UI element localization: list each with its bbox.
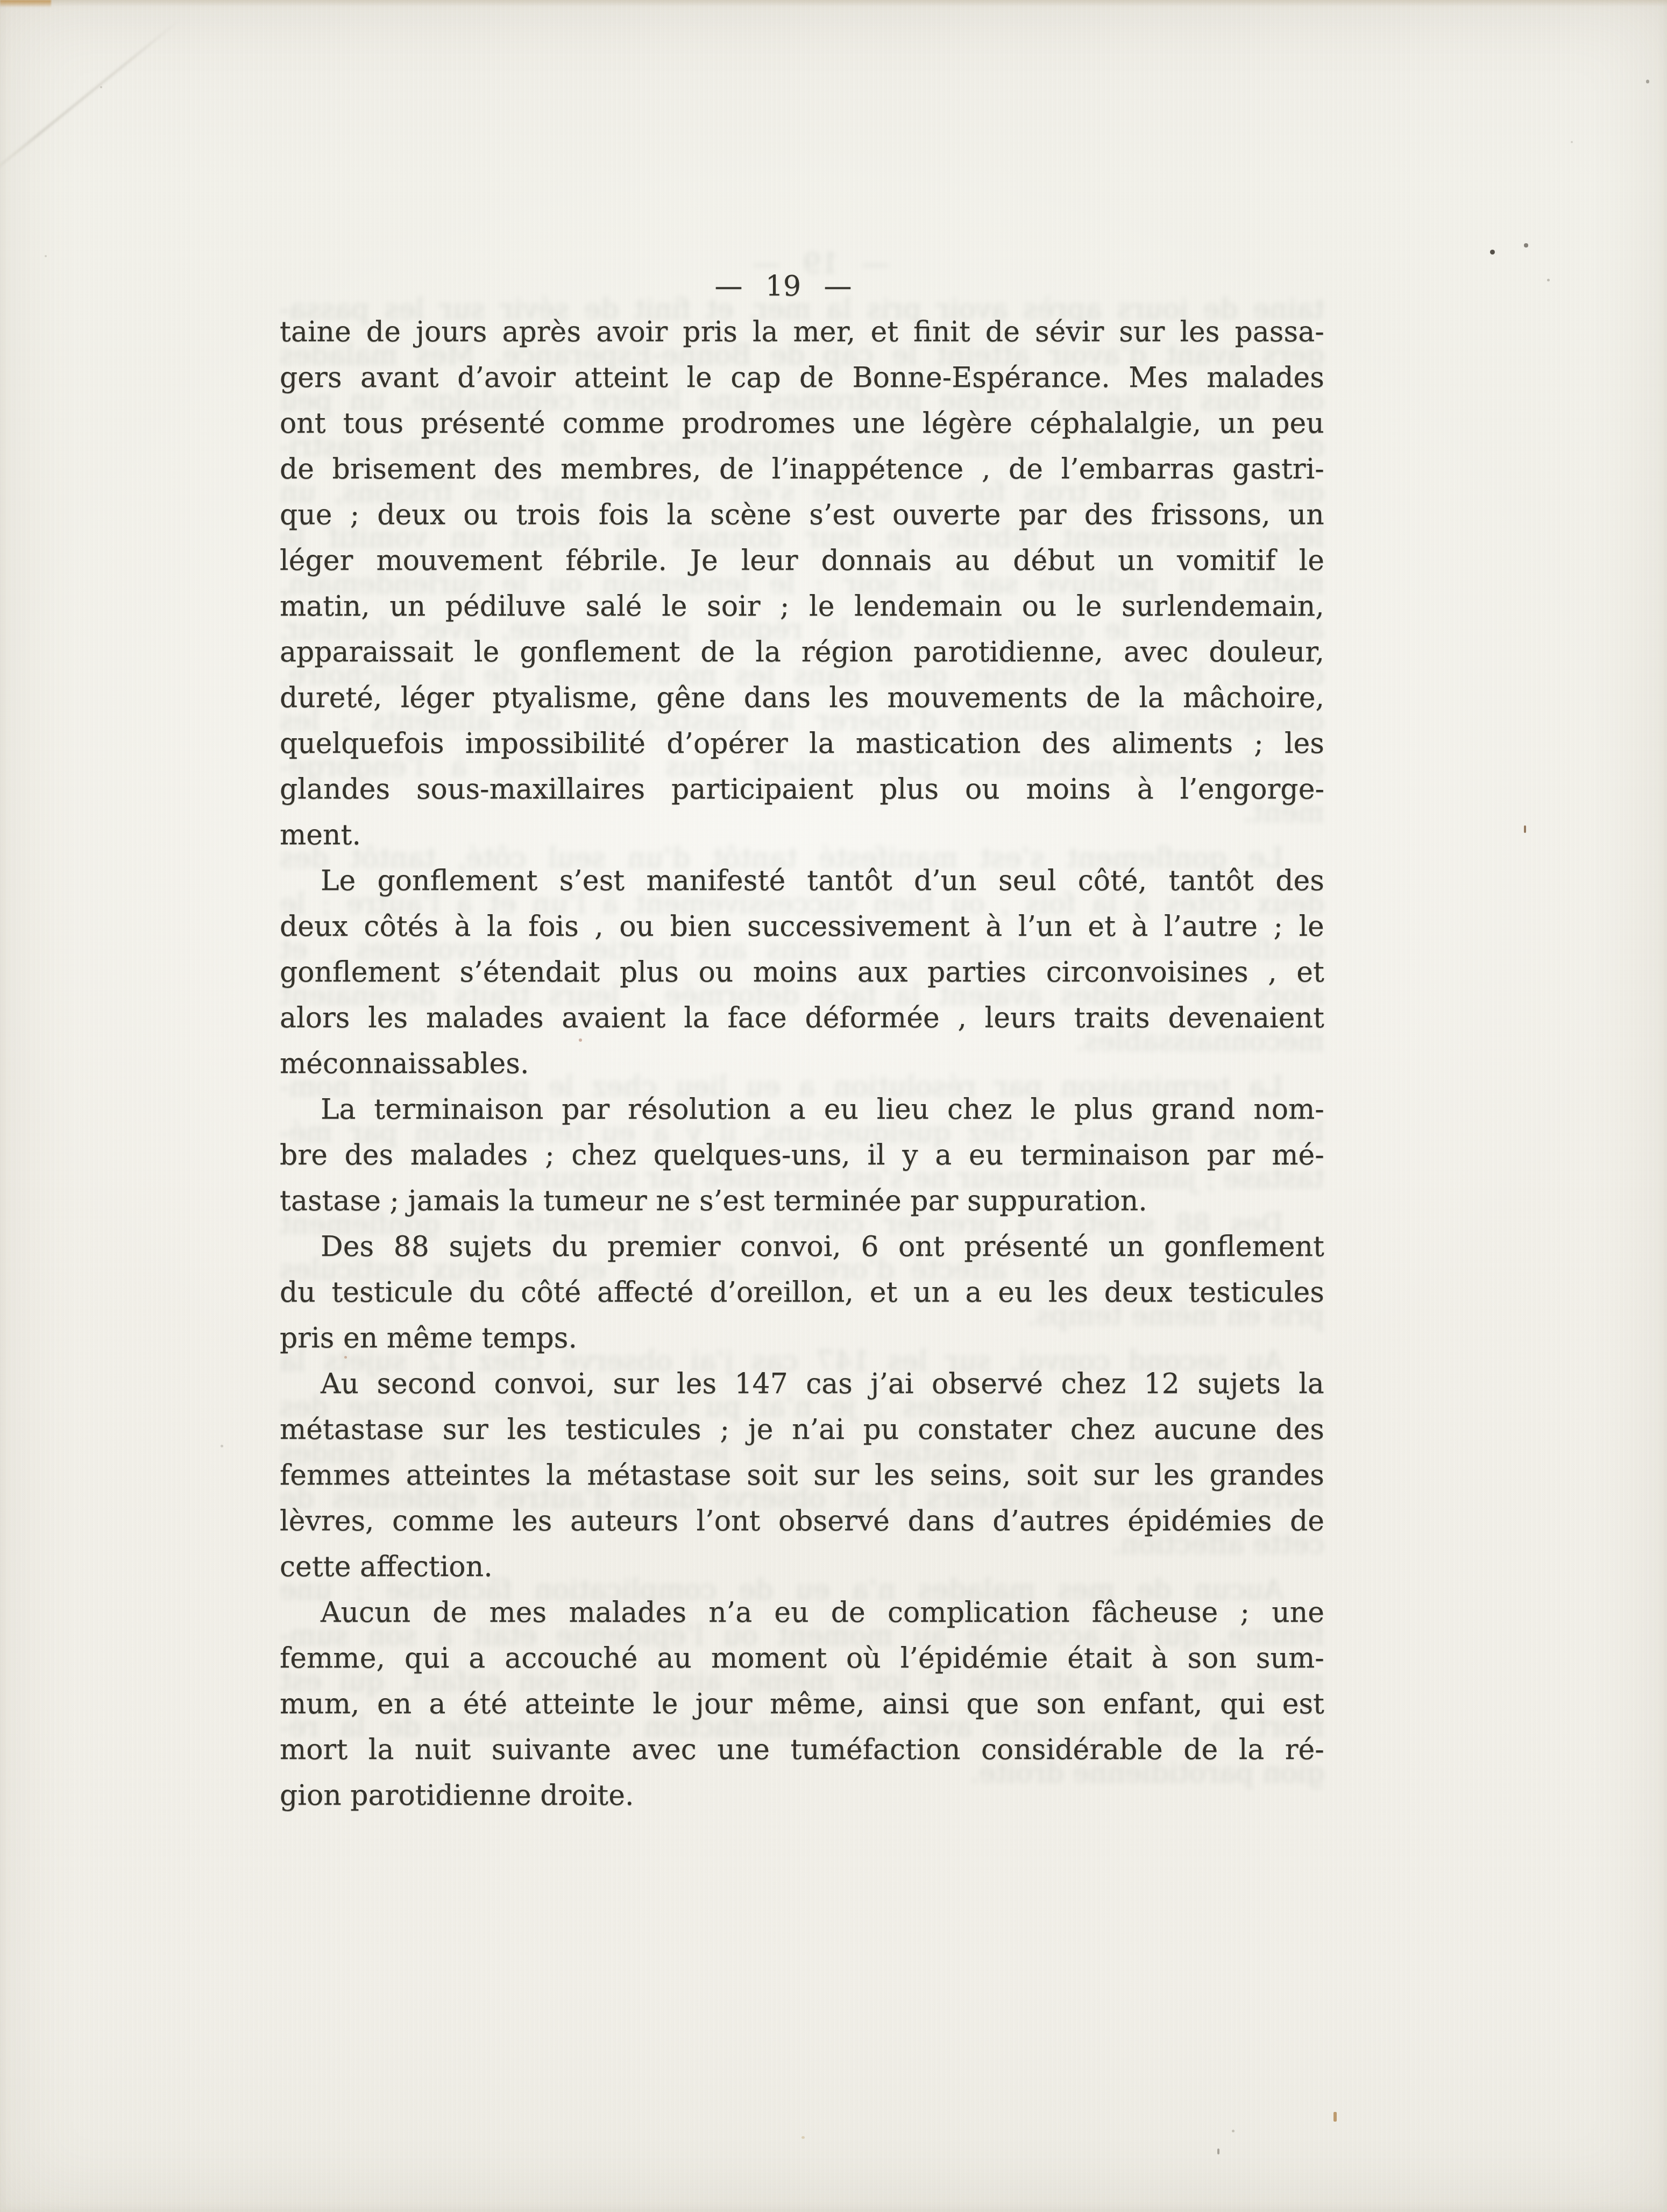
- text-line: bredesmalades;chezquelques-uns,ilyaeuter…: [280, 1133, 1324, 1178]
- page-number: — 19 —: [261, 264, 1306, 309]
- text-line: dutesticuleducôtéaffectéd’oreillon,etuna…: [280, 1270, 1324, 1316]
- text-line: debrisementdesmembres,del’inappétence,de…: [280, 447, 1324, 492]
- text-line: pris en même temps.: [280, 1316, 1324, 1361]
- text-line: métastasesurlestesticules;jen’aipuconsta…: [280, 1407, 1324, 1453]
- text-column: — 19 — tainedejoursaprèsavoirprislamer,e…: [280, 264, 1324, 1819]
- text-line: Aucundemesmaladesn’aeudecomplicationfâch…: [280, 1590, 1324, 1636]
- ink-speck: [1547, 279, 1550, 281]
- text-line: Laterminaisonparrésolutionaeulieuchezlep…: [280, 1087, 1324, 1133]
- ink-speck: [221, 1445, 223, 1447]
- ink-speck: [1490, 250, 1495, 255]
- ink-speck: [1524, 243, 1528, 248]
- text-line: apparaissaitlegonflementdelarégionparoti…: [280, 630, 1324, 675]
- text-line: Legonflements’estmanifestétantôtd’unseul…: [280, 858, 1324, 904]
- ink-speck: [1524, 825, 1526, 833]
- ink-speck: [579, 1038, 582, 1042]
- text-line: deuxcôtésàlafois,oubiensuccessivementàl’…: [280, 904, 1324, 950]
- page-edge-shadow: [0, 0, 1667, 6]
- ink-speck: [344, 1356, 347, 1359]
- text-line: mortlanuitsuivanteavecunetuméfactioncons…: [280, 1727, 1324, 1773]
- ink-speck: [1217, 2149, 1219, 2154]
- corner-stain: [0, 0, 51, 8]
- text-line: cette affection.: [280, 1544, 1324, 1590]
- text-line: gonflements’étendaitplusoumoinsauxpartie…: [280, 950, 1324, 995]
- text-line: femmesatteinteslamétastasesoitsurlessein…: [280, 1453, 1324, 1499]
- text-line: femme,quiaaccouchéaumomentoùl’épidémieét…: [280, 1636, 1324, 1681]
- ink-speck: [1646, 80, 1649, 83]
- text-line: lèvres,commelesauteursl’ontobservédansd’…: [280, 1499, 1324, 1544]
- text-line: tastase ; jamais la tumeur ne s’est term…: [280, 1178, 1324, 1224]
- ink-speck: [100, 86, 102, 88]
- text-line: gersavantd’avoiratteintlecapdeBonne-Espé…: [280, 355, 1324, 401]
- ink-speck: [1571, 141, 1573, 143]
- scanned-page: — 19 — tainedejoursaprèsavoirprislamer,e…: [0, 0, 1667, 2212]
- text-line: Des88sujetsdupremierconvoi,6ontprésentéu…: [280, 1224, 1324, 1270]
- text-line: glandessous-maxillairesparticipaientplus…: [280, 767, 1324, 812]
- text-line: alorslesmaladesavaientlafacedéformée,leu…: [280, 995, 1324, 1041]
- text-line: onttousprésentécommeprodromesunelégèrecé…: [280, 401, 1324, 447]
- text-line: légermouvementfébrile.Jeleurdonnaisaudéb…: [280, 538, 1324, 584]
- text-line: que;deuxoutroisfoislascènes’estouvertepa…: [280, 492, 1324, 538]
- text-line: Ausecondconvoi,surles147casj’aiobservéch…: [280, 1361, 1324, 1407]
- crease-line: [0, 19, 181, 180]
- text-line: mum,enaétéatteintelejourmême,ainsiqueson…: [280, 1681, 1324, 1727]
- text-line: méconnaissables.: [280, 1041, 1324, 1087]
- ink-speck: [45, 255, 47, 257]
- ink-speck: [801, 2136, 805, 2139]
- text-line: tainedejoursaprèsavoirprislamer,etfinitd…: [280, 309, 1324, 355]
- text-line: gion parotidienne droite.: [280, 1773, 1324, 1819]
- text-line: dureté,légerptyalisme,gênedanslesmouveme…: [280, 675, 1324, 721]
- ink-speck: [1232, 2130, 1235, 2132]
- ink-speck: [1333, 2112, 1337, 2122]
- text-line: quelquefoisimpossibilitéd’opérerlamastic…: [280, 721, 1324, 767]
- text-line: ment.: [280, 812, 1324, 858]
- text-line: matin,unpédiluvesalélesoir;lelendemainou…: [280, 584, 1324, 630]
